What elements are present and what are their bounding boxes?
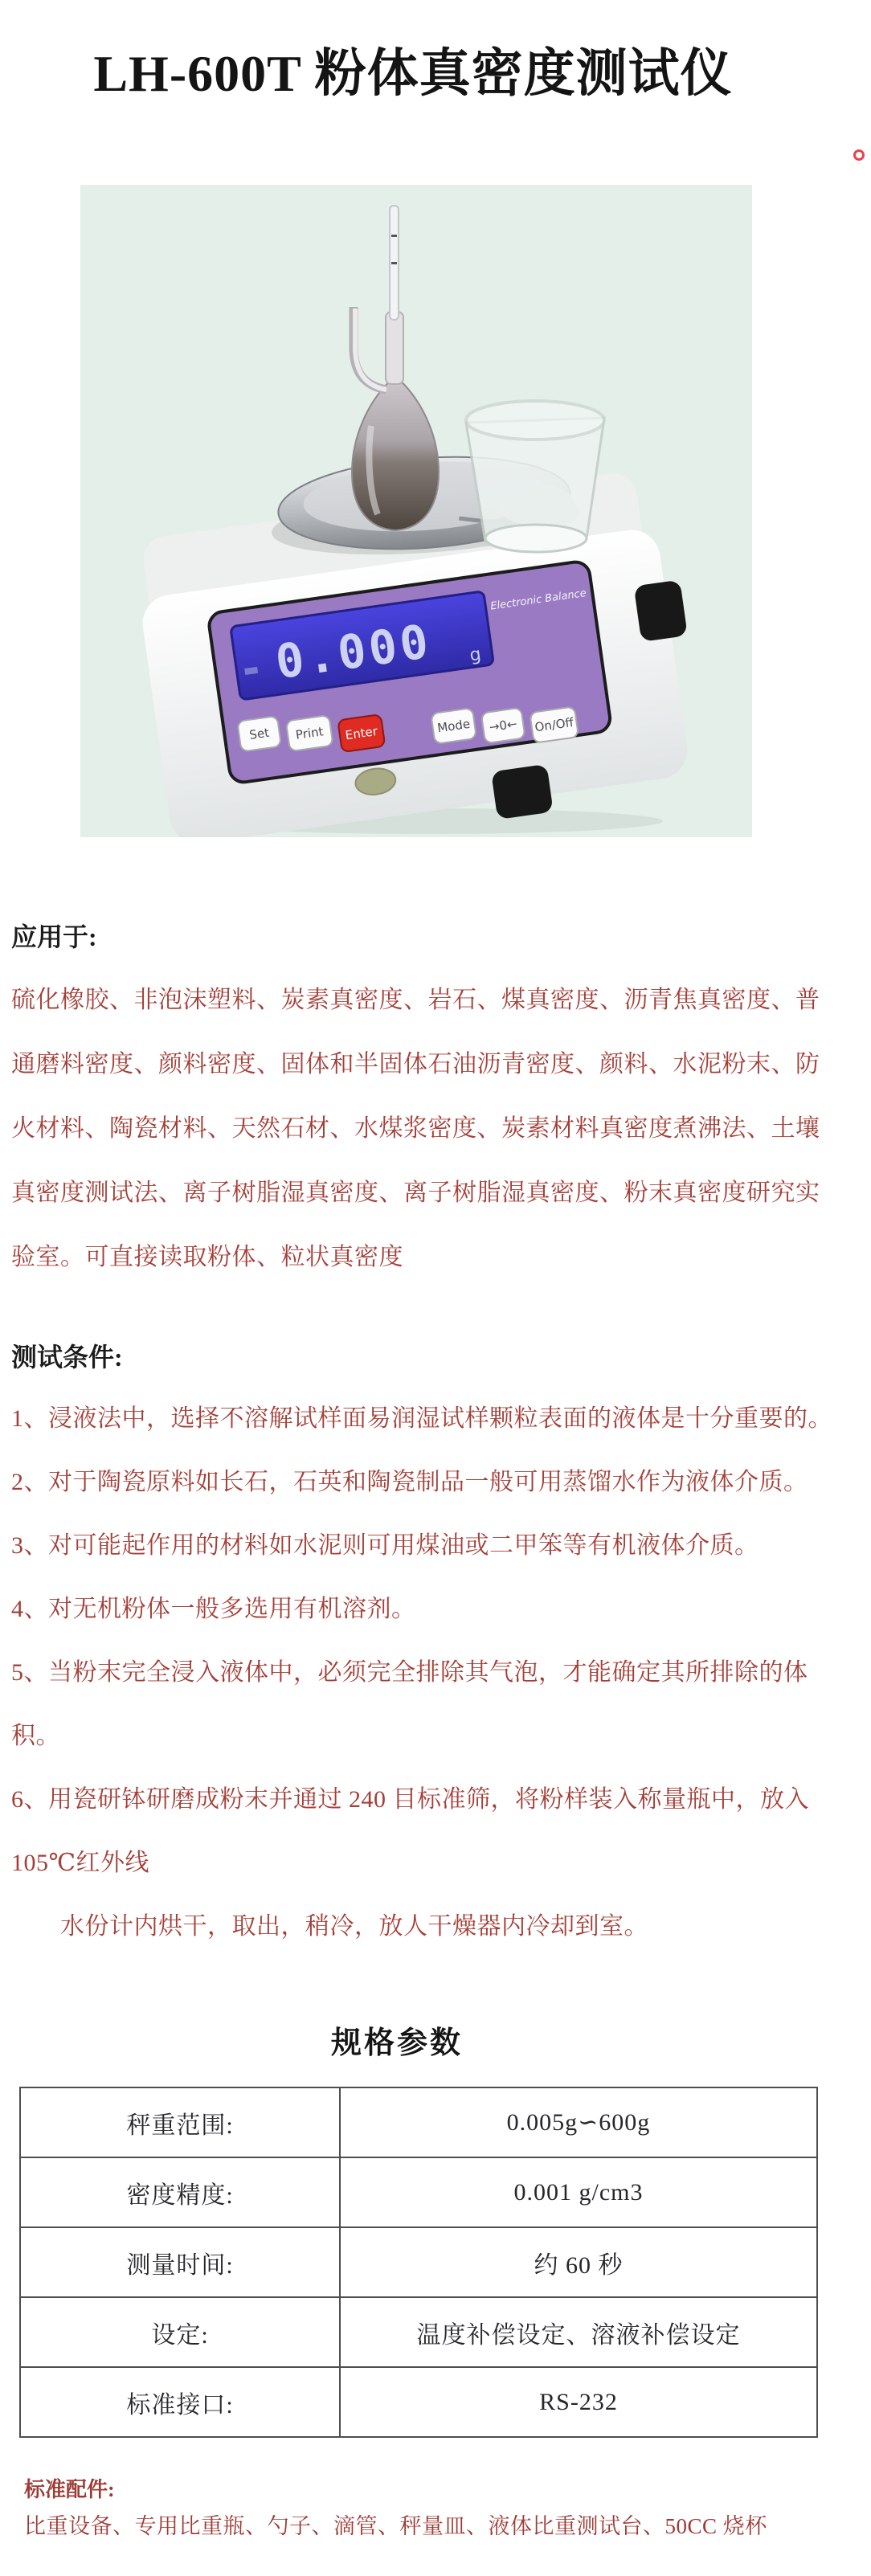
bottom-foot (491, 764, 554, 820)
specs-heading: 规格参数 (0, 2025, 795, 2062)
side-arm-outline (354, 307, 386, 390)
condition-line: 5、当粉末完全浸入液体中，必须完全排除其气泡，才能确定其所排除的体 (11, 1641, 826, 1704)
condition-line: 积。 (11, 1704, 826, 1768)
test-conditions-heading: 测试条件: (11, 1343, 123, 1372)
beaker-rim (466, 401, 604, 440)
ground-joint (386, 312, 403, 384)
set-button-label: Set (248, 726, 270, 742)
condition-line: 4、对无机粉体一般多选用有机溶剂。 (11, 1577, 826, 1641)
applications-line: 验室。可直接读取粉体、粒状真密度 (11, 1225, 826, 1290)
beaker-base (485, 525, 587, 552)
applications-line: 硫化橡胶、非泡沫塑料、炭素真密度、岩石、煤真密度、沥青焦真密度、普 (11, 968, 826, 1032)
accessories-content: 比重设备、专用比重瓶、勺子、滴管、秤量皿、液体比重测试台、50CC 烧杯 (24, 2509, 767, 2540)
spec-row: 标准接口:RS-232 (20, 2367, 817, 2437)
red-ring-marker (853, 149, 865, 161)
spec-label: 密度精度: (20, 2157, 340, 2227)
condition-line: 水份计内烘干，取出，稍冷，放人干燥器内冷却到室。 (11, 1895, 826, 1958)
spec-label: 秤重范围: (20, 2087, 340, 2157)
applications-line: 通磨料密度、颜料密度、固体和半固体石油沥青密度、颜料、水泥粉末、防 (11, 1032, 826, 1097)
spec-value: 温度补偿设定、溶液补偿设定 (340, 2297, 817, 2367)
spec-label: 标准接口: (20, 2367, 340, 2437)
spec-row: 秤重范围:0.005g∽600g (20, 2087, 817, 2157)
spec-label: 设定: (20, 2297, 340, 2367)
spec-row: 测量时间:约 60 秒 (20, 2227, 817, 2297)
condition-line: 3、对可能起作用的材料如水泥则可用煤油或二甲笨等有机液体介质。 (11, 1514, 826, 1577)
accessories-heading: 标准配件: (24, 2478, 115, 2502)
condition-line: 1、浸液法中，选择不溶解试样面易润湿试样颗粒表面的液体是十分重要的。 (11, 1387, 826, 1450)
product-photo: 0.000 g Electronic Balance Set Print Ent… (80, 185, 752, 837)
density-tester-illustration: 0.000 g Electronic Balance Set Print Ent… (80, 185, 752, 837)
spec-row: 设定:温度补偿设定、溶液补偿设定 (20, 2297, 817, 2367)
spec-label: 测量时间: (20, 2227, 340, 2297)
spec-value: 约 60 秒 (340, 2227, 817, 2297)
applications-line: 火材料、陶瓷材料、天然石材、水煤浆密度、炭素材料真密度煮沸法、土壤 (11, 1097, 826, 1161)
product-document-page: LH-600T 粉体真密度测试仪 (0, 0, 871, 2576)
pycnometer-flask (352, 206, 439, 530)
test-conditions-list: 1、浸液法中，选择不溶解试样面易润湿试样颗粒表面的液体是十分重要的。2、对于陶瓷… (11, 1387, 826, 1958)
spec-value: 0.001 g/cm3 (340, 2157, 817, 2227)
specs-table: 秤重范围:0.005g∽600g密度精度:0.001 g/cm3测量时间:约 6… (19, 2087, 818, 2438)
right-foot (634, 580, 688, 642)
flask-bulb (352, 376, 439, 530)
applications-paragraph: 硫化橡胶、非泡沫塑料、炭素真密度、岩石、煤真密度、沥青焦真密度、普通磨料密度、颜… (11, 968, 826, 1290)
spec-value: 0.005g∽600g (340, 2087, 817, 2157)
applications-heading: 应用于: (11, 922, 97, 951)
condition-line: 6、用瓷研钵研磨成粉末并通过 240 目标准筛，将粉样装入称量瓶中，放入 (11, 1768, 826, 1831)
spec-row: 密度精度:0.001 g/cm3 (20, 2157, 817, 2227)
applications-line: 真密度测试法、离子树脂湿真密度、离子树脂湿真密度、粉末真密度研究实 (11, 1161, 826, 1225)
condition-line: 105℃红外线 (11, 1831, 826, 1895)
condition-line: 2、对于陶瓷原料如长石，石英和陶瓷制品一般可用蒸馏水作为液体介质。 (11, 1450, 826, 1514)
page-title: LH-600T 粉体真密度测试仪 (0, 42, 849, 106)
glass-beaker (466, 401, 604, 552)
spec-value: RS-232 (340, 2367, 817, 2437)
beaker-water (497, 484, 575, 525)
